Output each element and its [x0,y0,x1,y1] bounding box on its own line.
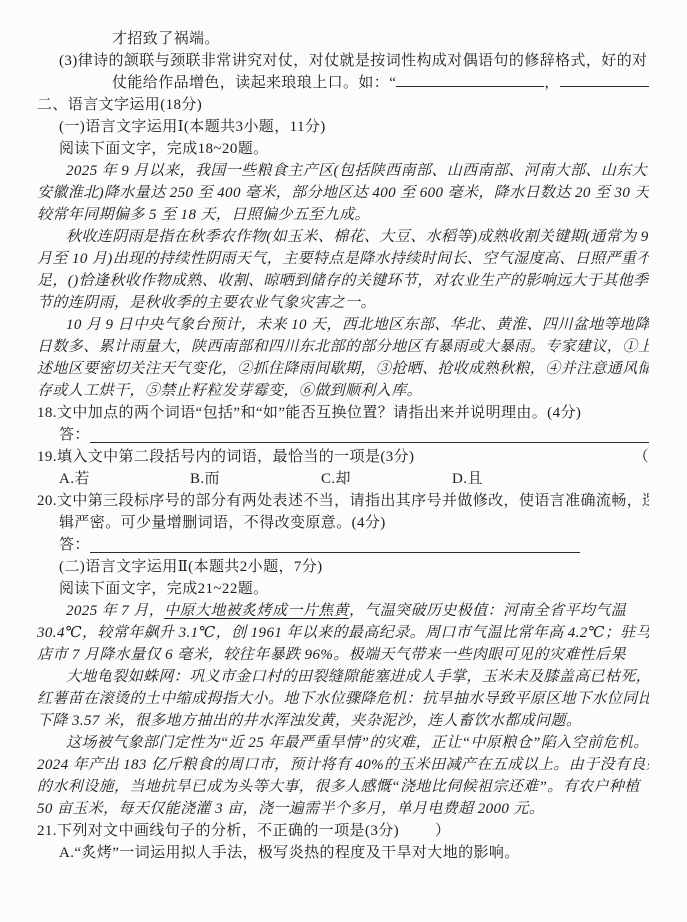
question-21-option-a: A.“炙烤”一词运用拟人手法，极写炎热的程度及干旱对大地的影响。 [37,842,649,864]
question-19-options: A.若B.而C.却D.且 [37,468,649,490]
fill-in-blank-2 [560,72,649,87]
answer-label: 答： [59,534,90,556]
part2-read-note: 阅读下面文字，完成21~22题。 [37,578,649,600]
passage2-para3-line3: 的水利设施，当地抗旱已成为头等大事，很多人感慨“浇地比伺候祖宗还难”。有农户种植 [37,776,649,798]
part2-heading: (二)语言文字运用Ⅱ(本题共2小题，7分) [37,556,649,578]
question-20-answer-line: 答： [37,534,649,556]
fill-in-blank-1 [396,72,544,87]
section-title: 二、语言文字运用(18分) [37,94,649,116]
passage1-para1-line2: 安徽淮北)降水量达 250 至 400 毫米，部分地区达 400 至 600 毫… [37,182,649,204]
passage1-para3-line3: 述地区要密切关注天气变化，②抓住降雨间歇期，③抢晒、抢收成熟秋粮，④并注意通风储 [37,358,649,380]
passage1-para1-line3: 较常年同期偏多 5 至 18 天，日照偏少五至九成。 [37,204,649,226]
para1-post: ，气温突破历史极值：河南全省平均气温 [349,603,626,619]
passage2-para3-line2: 2024 年产出 183 亿斤粮食的周口市，预计将有 40%的玉米田减产在五成以… [37,754,649,776]
prelude-tail-line: 才招致了祸端。 [37,28,649,50]
passage2-para2-line1: 大地龟裂如蛛网：巩义市金口村的田裂缝隙能塞进成人手掌，玉米未及膝盖高已枯死， [37,666,649,688]
passage2-para1-line1: 2025 年 7 月，中原大地被炙烤成一片焦黄，气温突破历史极值：河南全省平均气… [37,600,649,622]
passage1-para3-line2: 日数多、累计雨量大，陕西南部和四川东北部的部分地区有暴雨或大暴雨。专家建议，①上 [37,336,649,358]
question-18: 18.文中加点的两个词语“包括”和“如”能否互换位置？请指出来并说明理由。(4分… [37,402,649,424]
passage1-para2-line2: 月至 10 月)出现的持续性阴雨天气，主要特点是降水持续时间长、空气湿度高、日照… [37,248,649,270]
passage2-para3-line1: 这场被气象部门定性为“近 25 年最严重旱情”的灾难，正让“中原粮仓”陷入空前危… [37,732,649,754]
question-20-line2: 辑严密。可少量增删词语，不得改变原意。(4分) [37,512,649,534]
answer-bracket-close: ） [435,823,450,839]
para1-post: 陕西南部、山西南部、河南大部、山东大部、 [370,163,649,179]
answer-label: 答： [59,424,90,446]
part1-read-note: 阅读下面文字，完成18~20题。 [37,138,649,160]
dotted-word-baokuo: 包括 [339,163,370,179]
passage1-para2-line3: 足，()恰逢秋收作物成熟、收割、晾晒到储存的关键环节，对农业生产的影响远大于其他… [37,270,649,292]
para1-pre: 2025 年 9 月以来，我国一些粮食主产区( [66,163,339,179]
passage1-para3-line1: 10 月 9 日中央气象台预计，未来 10 天，西北地区东部、华北、黄淮、四川盆… [37,314,649,336]
item3-line2-prefix: 仗能给作品增色，读起来琅琅上口。如：“ [112,75,396,91]
question-19-text: 19.填入文中第二段括号内的词语，最恰当的一项是(3分) [37,446,414,468]
passage1-para2-line4: 节的连阴雨，是秋收季的主要农业气象灾害之一。 [37,292,649,314]
question-18-answer-line: 答： [37,424,649,446]
passage2-para1-line3: 店市 7 月降水量仅 6 毫米，较往年暴跌 96%。极端天气带来一些肉眼可见的灾… [37,644,649,666]
question-21: 21.下列对文中画线句子的分析，不正确的一项是(3分)） [37,820,649,842]
passage2-para3-line4: 50 亩玉米，每天仅能浇灌 3 亩，浇一遍需半个多月，单月电费超 2000 元。 [37,798,649,820]
item3-line1: (3)律诗的颔联与颈联非常讲究对仗，对仗就是按词性构成对偶语句的修辞格式，好的对 [37,50,649,72]
passage2-para2-line3: 下降 3.57 米，很多地方抽出的井水浑浊发黄，夹杂泥沙，连人畜饮水都成问题。 [37,710,649,732]
passage1-para1-line1: 2025 年 9 月以来，我国一些粮食主产区(包括陕西南部、山西南部、河南大部、… [37,160,649,182]
underlined-sentence: 中原大地被炙烤成一片焦黄 [164,603,349,619]
item3-separator: ， [544,75,559,91]
question-20-line1: 20.文中第三段标序号的部分有两处表述不当，请指出其序号并做修改，使语言准确流畅… [37,490,649,512]
option-b: B.而 [190,468,321,490]
passage2-para1-line2: 30.4℃，较常年飙升 3.1℃，创 1961 年以来的最高纪录。周口市气温比常… [37,622,649,644]
answer-blank-20 [90,535,580,553]
dotted-word-ru: 如 [272,229,287,245]
passage1-para2-line1: 秋收连阴雨是指在秋季农作物(如玉米、棉花、大豆、水稻等)成熟收割关键期(通常为 … [37,226,649,248]
part1-heading: (一)语言文字运用Ⅰ(本题共3小题，11分) [37,116,649,138]
question-21-text: 21.下列对文中画线句子的分析，不正确的一项是(3分) [37,823,399,839]
passage1-para3-line4: 存或人工烘干，⑤禁止籽粒发芽霉变，⑥做到顺利入库。 [37,380,649,402]
option-c: C.却 [321,468,452,490]
option-d: D.且 [452,468,483,490]
para2-pre: 秋收连阴雨是指在秋季农作物( [66,229,272,245]
passage2-para2-line2: 红薯苗在滚烫的土中缩成拇指大小。地下水位骤降危机：抗旱抽水导致平原区地下水位同比 [37,688,649,710]
option-a: A.若 [59,468,190,490]
para1-pre: 2025 年 7 月， [66,603,164,619]
item3-line2: 仗能给作品增色，读起来琅琅上口。如：“，”。 [37,72,649,94]
answer-blank-18 [90,425,649,443]
question-19: 19.填入文中第二段括号内的词语，最恰当的一项是(3分)（ [37,446,649,468]
answer-bracket-open: （ [634,446,649,468]
exam-page: 才招致了祸端。 (3)律诗的颔联与颈联非常讲究对仗，对仗就是按词性构成对偶语句的… [0,0,687,922]
para2-post: 玉米、棉花、大豆、水稻等)成熟收割关键期(通常为 9 [287,229,649,245]
